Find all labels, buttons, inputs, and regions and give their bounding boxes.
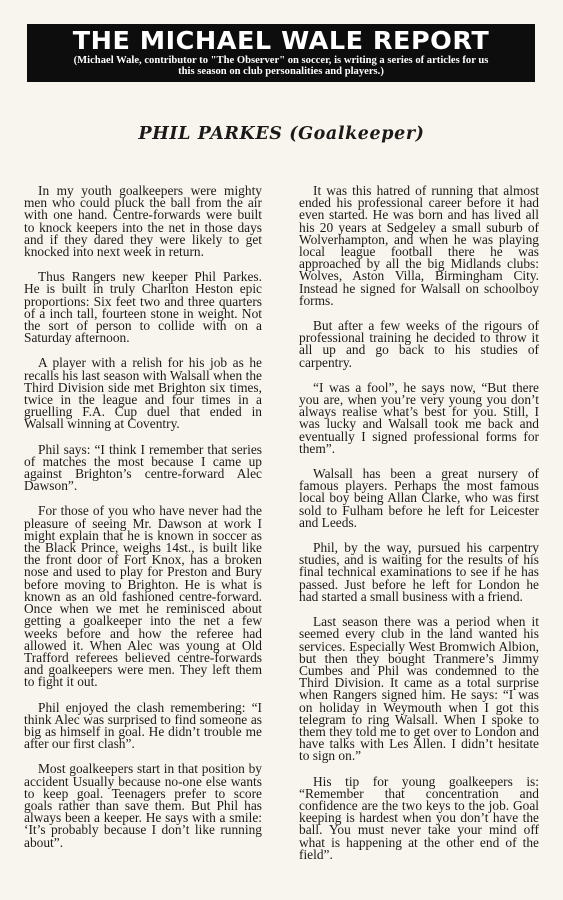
paragraph: Phil says: “I think I remember that seri… [24, 444, 262, 493]
paragraph: In my youth goalkeepers were mighty men … [24, 185, 262, 258]
paragraph: For those of you who have never had the … [24, 505, 262, 688]
banner-title: THE MICHAEL WALE REPORT [22, 27, 540, 54]
article-title: PHIL PARKES (Goalkeeper) [0, 124, 563, 144]
right-column: It was this hatred of running that almos… [299, 185, 539, 874]
paragraph: But after a few weeks of the rigours of … [299, 320, 539, 369]
paragraph: Walsall has been a great nursery of famo… [299, 468, 539, 529]
left-column: In my youth goalkeepers were mighty men … [24, 185, 262, 862]
paragraph: Phil, by the way, pursued his carpentry … [299, 542, 539, 603]
paragraph: Thus Rangers new keeper Phil Parkes. He … [24, 271, 262, 344]
paragraph: A player with a relish for his job as he… [24, 357, 262, 430]
paragraph: Phil enjoyed the clash remembering: “I t… [24, 702, 262, 751]
paragraph: “I was a fool”, he says now, “But there … [299, 382, 539, 455]
report-banner: THE MICHAEL WALE REPORT (Michael Wale, c… [27, 24, 535, 82]
paragraph: Last season there was a period when it s… [299, 616, 539, 762]
paragraph: His tip for young goalkeepers is: “Remem… [299, 776, 539, 861]
banner-subtitle: (Michael Wale, contributor to "The Obser… [27, 55, 535, 77]
paragraph: It was this hatred of running that almos… [299, 185, 539, 307]
paragraph: Most goalkeepers start in that position … [24, 763, 262, 848]
